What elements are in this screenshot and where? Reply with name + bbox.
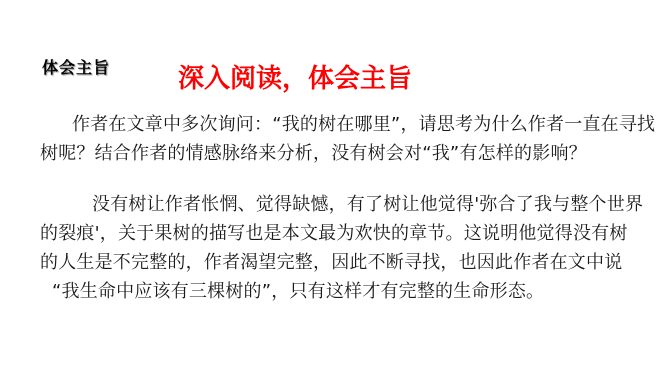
body-line: 的人生是不完整的，作者渴望完整，因此不断寻找，也因此作者在文中说	[40, 248, 636, 277]
body-line: 作者在文章中多次询问：“我的树在哪里”，请思考为什么作者一直在寻找	[40, 110, 636, 139]
body-line: 树呢？结合作者的情感脉络来分析，没有树会对“我”有怎样的影响？	[40, 139, 636, 168]
slide-body: 作者在文章中多次询问：“我的树在哪里”，请思考为什么作者一直在寻找 树呢？结合作…	[40, 110, 636, 306]
question-paragraph: 作者在文章中多次询问：“我的树在哪里”，请思考为什么作者一直在寻找 树呢？结合作…	[40, 110, 636, 168]
body-line: 的裂痕'，关于果树的描写也是本文最为欢快的章节。这说明他觉得没有树	[40, 219, 636, 248]
slide-title: 深入阅读，体会主旨	[178, 58, 412, 95]
body-line: 没有树让作者怅惘、觉得缺憾，有了树让他觉得'弥合了我与整个世界	[40, 190, 636, 219]
answer-paragraph: 没有树让作者怅惘、觉得缺憾，有了树让他觉得'弥合了我与整个世界 的裂痕'，关于果…	[40, 190, 636, 306]
slide-corner-label: 体会主旨	[42, 55, 110, 78]
body-line: “我生命中应该有三棵树的”，只有这样才有完整的生命形态。	[40, 277, 636, 306]
presentation-slide: 体会主旨 深入阅读，体会主旨 作者在文章中多次询问：“我的树在哪里”，请思考为什…	[0, 0, 668, 376]
